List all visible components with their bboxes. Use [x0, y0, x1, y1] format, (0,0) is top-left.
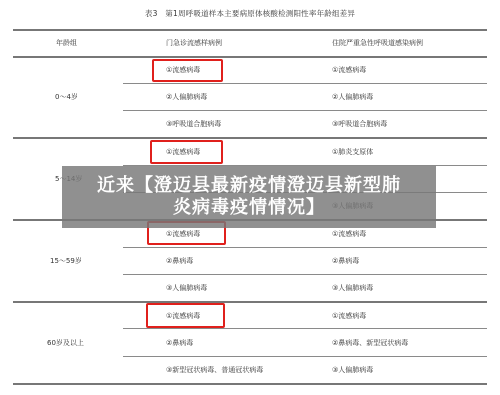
row-rule [123, 274, 487, 275]
table-cell: ①肺炎支原体 [332, 147, 373, 157]
highlight-box [152, 59, 223, 82]
table-top-rule [13, 29, 487, 31]
column-header-outpatient: 门急诊流感样病例 [166, 38, 222, 48]
table-cell: ①流感病毒 [332, 229, 366, 239]
table-cell: ②鼻病毒 [166, 256, 193, 266]
table-bottom-rule [13, 383, 487, 385]
highlight-box [150, 140, 223, 164]
age-group-cell: 15～59岁 [50, 256, 82, 266]
table-cell: ②人偏肺病毒 [166, 92, 207, 102]
headline-banner[interactable]: 近来【澄迈县最新疫情澄迈县新型肺 炎病毒疫情情况】 [62, 166, 436, 228]
row-rule [123, 110, 487, 111]
age-group-cell: 0～4岁 [55, 92, 78, 102]
table-cell: ②鼻病毒 [332, 256, 359, 266]
group-rule [13, 301, 487, 303]
table-cell: ③呼吸道合胞病毒 [332, 119, 387, 129]
column-header-age: 年龄组 [56, 38, 77, 48]
table-cell: ①流感病毒 [332, 65, 366, 75]
table-cell: ②鼻病毒 [166, 338, 193, 348]
table-cell: ③人偏肺病毒 [166, 283, 207, 293]
row-rule [123, 247, 487, 248]
table-cell: ③人偏肺病毒 [332, 283, 373, 293]
row-rule [123, 83, 487, 84]
highlight-box [146, 303, 225, 328]
table-title: 表3 第1周呼吸道样本主要病原体核酸检测阳性率年龄组差异 [0, 8, 500, 19]
group-rule [13, 137, 487, 139]
column-header-inpatient: 住院严重急性呼吸道感染病例 [332, 38, 423, 48]
table-cell: ③新型冠状病毒、普通冠状病毒 [166, 365, 263, 375]
banner-line-1: 近来【澄迈县最新疫情澄迈县新型肺 [97, 175, 401, 197]
row-rule [123, 356, 487, 357]
table-cell: ③人偏肺病毒 [332, 365, 373, 375]
banner-line-2: 炎病毒疫情情况】 [173, 197, 325, 219]
table-cell: ②鼻病毒、新型冠状病毒 [332, 338, 408, 348]
table-cell: ③呼吸道合胞病毒 [166, 119, 221, 129]
row-rule [123, 328, 487, 329]
header-bottom-rule [13, 56, 487, 58]
table-cell: ②人偏肺病毒 [332, 92, 373, 102]
table-cell: ①流感病毒 [332, 311, 366, 321]
age-group-cell: 60岁及以上 [47, 338, 84, 348]
